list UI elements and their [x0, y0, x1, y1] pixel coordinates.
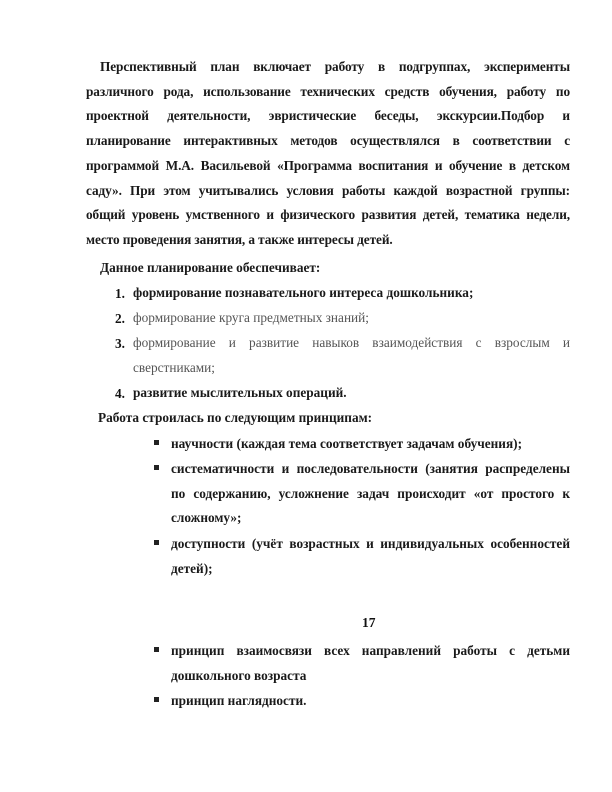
document-page: Перспективный план включает работу в под… [0, 0, 612, 792]
list-number: 3. [115, 336, 125, 352]
list-item: доступности (учёт возрастных и индивидуа… [171, 532, 570, 581]
list-item: научности (каждая тема соответствует зад… [171, 432, 570, 457]
list-item: формирование познавательного интереса до… [133, 281, 570, 306]
page-number: 17 [362, 615, 376, 631]
square-bullet-icon [154, 697, 159, 702]
square-bullet-icon [154, 647, 159, 652]
list-number: 4. [115, 386, 125, 402]
planning-heading: Данное планирование обеспечивает: [100, 260, 320, 276]
intro-paragraph: Перспективный план включает работу в под… [86, 55, 570, 253]
list-number: 2. [115, 311, 125, 327]
square-bullet-icon [154, 465, 159, 470]
list-item: формирование круга предметных знаний; [133, 306, 570, 331]
principles-heading: Работа строилась по следующим принципам: [98, 410, 372, 426]
list-item: систематичности и последовательности (за… [171, 457, 570, 531]
list-number: 1. [115, 286, 125, 302]
list-item: принцип взаимосвязи всех направлений раб… [171, 639, 570, 688]
list-item: развитие мыслительных операций. [133, 381, 570, 406]
list-item: принцип наглядности. [171, 689, 570, 714]
square-bullet-icon [154, 540, 159, 545]
list-item: формирование и развитие навыков взаимоде… [133, 331, 570, 380]
square-bullet-icon [154, 440, 159, 445]
